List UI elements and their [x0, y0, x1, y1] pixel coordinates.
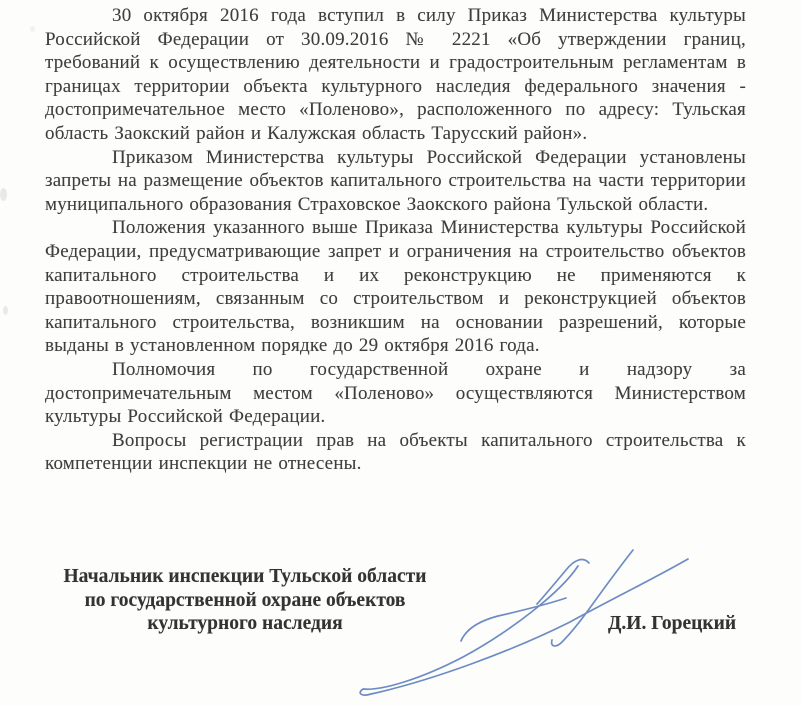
document-body: 30 октября 2016 года вступил в силу Прик… [45, 4, 746, 476]
scanned-document-page: 30 октября 2016 года вступил в силу Прик… [0, 0, 802, 706]
paragraph: Приказом Министерства культуры Российско… [45, 146, 746, 217]
paragraph: 30 октября 2016 года вступил в силу Прик… [45, 4, 746, 146]
paragraph: Полномочия по государственной охране и н… [45, 358, 746, 429]
paragraph: Положения указанного выше Приказа Минист… [45, 216, 746, 358]
signature-stroke-curl [537, 559, 589, 604]
signatory-name: Д.И. Горецкий [608, 613, 736, 635]
scan-artifact [3, 306, 8, 315]
paragraph: Вопросы регистрации прав на объекты капи… [45, 429, 746, 476]
signoff-title: Начальник инспекции Тульской областипо г… [45, 565, 445, 636]
signoff-title-line: Начальник инспекции Тульской области [45, 565, 445, 589]
scan-artifact [30, 26, 35, 32]
signature-stroke-crosshook [461, 598, 566, 641]
signoff-title-line: по государственной охране объектов [45, 589, 445, 613]
scan-artifact [0, 188, 7, 201]
signoff-title-line: культурного наследия [45, 612, 445, 636]
